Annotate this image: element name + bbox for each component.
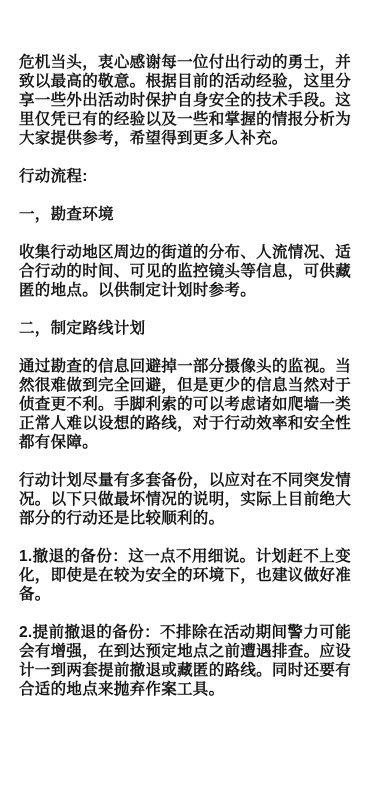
backup-overview-paragraph: 行动计划尽量有多套备份，以应对在不同突发情况。以下只做最坏情况的说明，实际上目前… <box>19 471 351 528</box>
intro-paragraph: 危机当头，衷心感谢每一位付出行动的勇士，并致以最高的敬意。根据目前的活动经验，这… <box>19 53 351 148</box>
step-2-heading: 二，制定路线计划 <box>19 319 351 338</box>
step-2-paragraph: 通过勘查的信息回避掉一部分摄像头的监视。当然很难做到完全回避，但是更少的信息当然… <box>19 357 351 452</box>
document-page[interactable]: 危机当头，衷心感谢每一位付出行动的勇士，并致以最高的敬意。根据目前的活动经验，这… <box>0 0 369 800</box>
backup-item-2: 2.提前撤退的备份：不排除在活动期间警力可能会有增强，在到达预定地点之前遭遇排查… <box>19 623 351 699</box>
backup-item-1: 1.撤退的备份：这一点不用细说。计划赶不上变化，即使是在较为安全的环境下，也建议… <box>19 547 351 604</box>
step-1-paragraph: 收集行动地区周边的街道的分布、人流情况、适合行动的时间、可见的监控镜头等信息，可… <box>19 243 351 300</box>
step-1-heading: 一，勘查环境 <box>19 205 351 224</box>
flow-heading: 行动流程: <box>19 167 351 186</box>
